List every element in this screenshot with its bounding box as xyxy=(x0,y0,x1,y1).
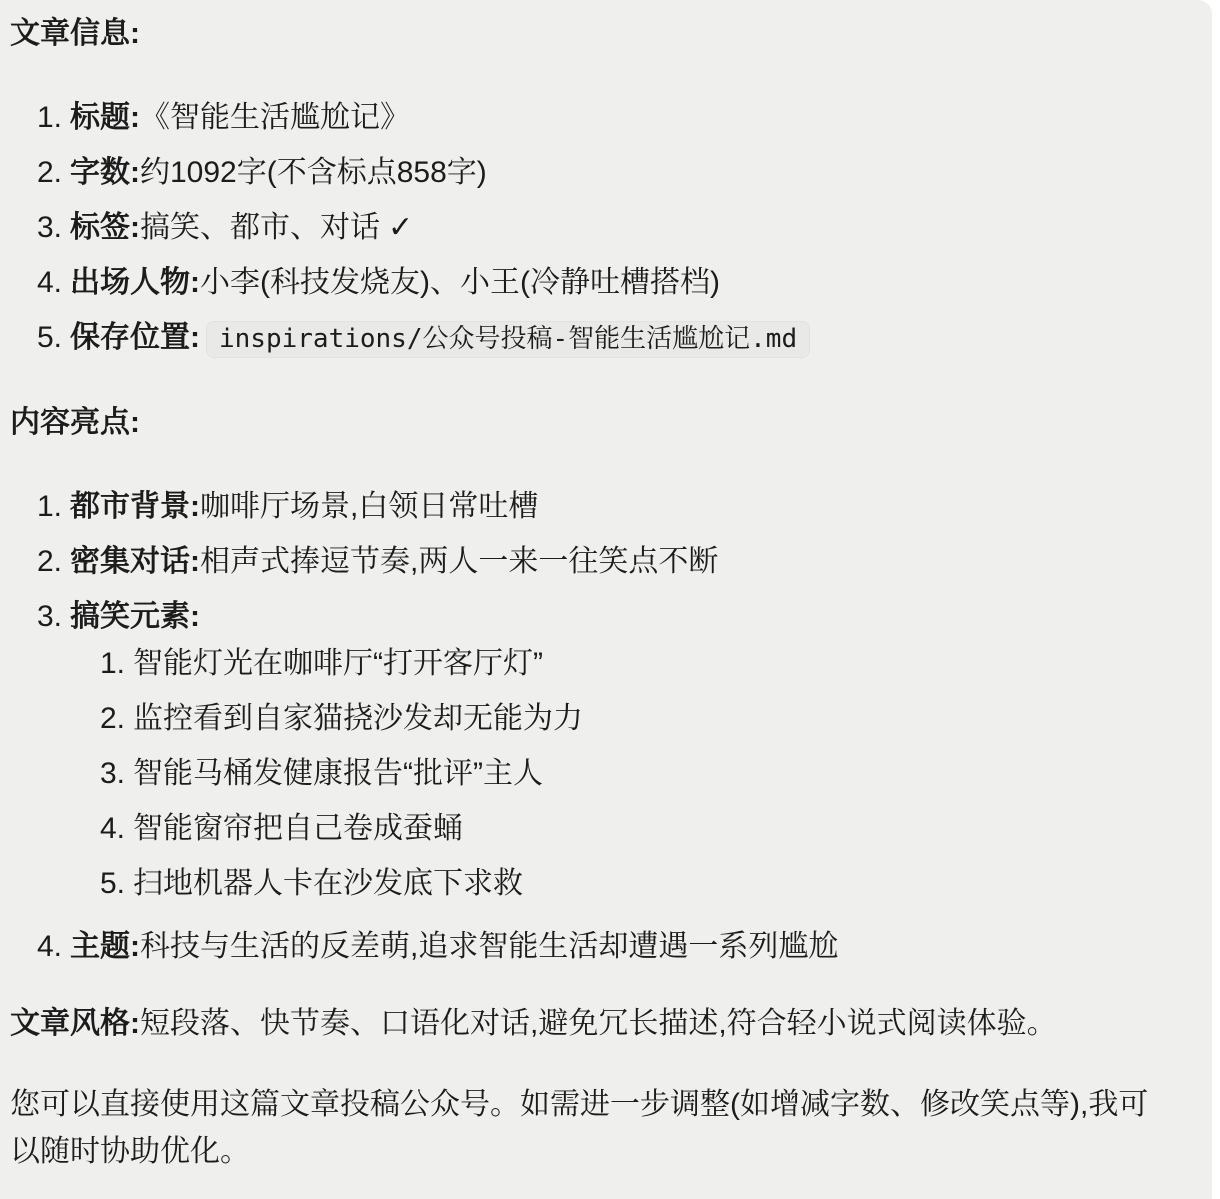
item-label: 标题: xyxy=(70,101,140,134)
list-item-body: 都市背景:咖啡厅场景,白领日常吐槽 xyxy=(70,483,1174,530)
item-label: 标签: xyxy=(70,211,140,244)
list-marker: 1. xyxy=(70,640,125,687)
item-text: 科技与生活的反差萌,追求智能生活却遭遇一系列尴尬 xyxy=(140,930,838,963)
list-marker: 2. xyxy=(10,149,62,196)
list-marker: 5. xyxy=(10,314,62,363)
list-item-body: 字数:约1092字(不含标点858字) xyxy=(70,149,1174,196)
list-marker: 3. xyxy=(10,204,62,251)
item-label: 搞笑元素: xyxy=(70,600,200,633)
list-item-tags: 3. 标签:搞笑、都市、对话✓ xyxy=(10,204,1174,251)
list-item-body: 标题:《智能生活尴尬记》 xyxy=(70,94,1174,141)
item-label: 出场人物: xyxy=(70,266,200,299)
item-text: 搞笑、都市、对话 xyxy=(140,211,380,244)
item-text: 智能灯光在咖啡厅“打开客厅灯” xyxy=(133,640,1174,687)
item-text: 相声式捧逗节奏,两人一来一往笑点不断 xyxy=(200,545,718,578)
item-text: 智能窗帘把自己卷成蚕蛹 xyxy=(133,805,1174,852)
list-item-body: 搞笑元素: 1. 智能灯光在咖啡厅“打开客厅灯” 2. 监控看到自家猫挠沙发却无… xyxy=(70,593,1174,915)
sublist-item: 3. 智能马桶发健康报告“批评”主人 xyxy=(70,750,1174,797)
checkmark-icon: ✓ xyxy=(388,211,413,244)
item-text: 智能马桶发健康报告“批评”主人 xyxy=(133,750,1174,797)
list-item-funny-elements: 3. 搞笑元素: 1. 智能灯光在咖啡厅“打开客厅灯” 2. 监控看到自家猫挠沙… xyxy=(10,593,1174,915)
file-path-inline-code: inspirations/公众号投稿-智能生活尴尬记.md xyxy=(206,321,810,358)
list-item-body: 出场人物:小李(科技发烧友)、小王(冷静吐槽搭档) xyxy=(70,259,1174,306)
highlights-heading: 内容亮点: xyxy=(10,371,1174,443)
list-item-theme: 4. 主题:科技与生活的反差萌,追求智能生活却遭遇一系列尴尬 xyxy=(10,923,1174,970)
list-item-body: 标签:搞笑、都市、对话✓ xyxy=(70,204,1174,251)
item-text: 咖啡厅场景,白领日常吐槽 xyxy=(200,490,538,523)
style-note-label: 文章风格: xyxy=(10,1007,140,1040)
list-marker: 1. xyxy=(10,483,62,530)
list-item-body: 密集对话:相声式捧逗节奏,两人一来一往笑点不断 xyxy=(70,538,1174,585)
highlights-list: 1. 都市背景:咖啡厅场景,白领日常吐槽 2. 密集对话:相声式捧逗节奏,两人一… xyxy=(10,443,1174,970)
list-item-body: 保存位置:inspirations/公众号投稿-智能生活尴尬记.md xyxy=(70,314,1174,363)
item-label: 字数: xyxy=(70,156,140,189)
item-text: 扫地机器人卡在沙发底下求救 xyxy=(133,860,1174,907)
list-item-title: 1. 标题:《智能生活尴尬记》 xyxy=(10,94,1174,141)
item-label: 都市背景: xyxy=(70,490,200,523)
item-text: 《智能生活尴尬记》 xyxy=(140,101,410,134)
list-marker: 2. xyxy=(70,695,125,742)
message-content: 文章信息: 1. 标题:《智能生活尴尬记》 2. 字数:约1092字(不含标点8… xyxy=(0,0,1174,1175)
list-marker: 4. xyxy=(10,923,62,970)
list-item-urban-setting: 1. 都市背景:咖啡厅场景,白领日常吐槽 xyxy=(10,483,1174,530)
list-marker: 5. xyxy=(70,860,125,907)
list-marker: 1. xyxy=(10,94,62,141)
sublist-item: 5. 扫地机器人卡在沙发底下求救 xyxy=(70,860,1174,907)
style-note: 文章风格:短段落、快节奏、口语化对话,避免冗长描述,符合轻小说式阅读体验。 xyxy=(10,978,1174,1047)
list-marker: 4. xyxy=(70,805,125,852)
item-text: 约1092字(不含标点858字) xyxy=(140,156,487,189)
list-item-dense-dialogue: 2. 密集对话:相声式捧逗节奏,两人一来一往笑点不断 xyxy=(10,538,1174,585)
list-marker: 3. xyxy=(10,593,62,915)
item-label: 保存位置: xyxy=(70,321,200,354)
closing-paragraph: 您可以直接使用这篇文章投稿公众号。如需进一步调整(如增减字数、修改笑点等),我可… xyxy=(10,1047,1174,1175)
list-marker: 3. xyxy=(70,750,125,797)
list-item-word-count: 2. 字数:约1092字(不含标点858字) xyxy=(10,149,1174,196)
article-info-list: 1. 标题:《智能生活尴尬记》 2. 字数:约1092字(不含标点858字) 3… xyxy=(10,54,1174,363)
item-text: 小李(科技发烧友)、小王(冷静吐槽搭档) xyxy=(200,266,720,299)
list-marker: 4. xyxy=(10,259,62,306)
list-item-body: 主题:科技与生活的反差萌,追求智能生活却遭遇一系列尴尬 xyxy=(70,923,1174,970)
list-item-characters: 4. 出场人物:小李(科技发烧友)、小王(冷静吐槽搭档) xyxy=(10,259,1174,306)
sublist-item: 1. 智能灯光在咖啡厅“打开客厅灯” xyxy=(70,640,1174,687)
item-label: 主题: xyxy=(70,930,140,963)
list-marker: 2. xyxy=(10,538,62,585)
sublist-item: 4. 智能窗帘把自己卷成蚕蛹 xyxy=(70,805,1174,852)
article-info-heading: 文章信息: xyxy=(10,14,1174,54)
style-note-text: 短段落、快节奏、口语化对话,避免冗长描述,符合轻小说式阅读体验。 xyxy=(140,1007,1057,1040)
list-item-save-path: 5. 保存位置:inspirations/公众号投稿-智能生活尴尬记.md xyxy=(10,314,1174,363)
sublist-item: 2. 监控看到自家猫挠沙发却无能为力 xyxy=(70,695,1174,742)
item-label: 密集对话: xyxy=(70,545,200,578)
item-text: 监控看到自家猫挠沙发却无能为力 xyxy=(133,695,1174,742)
funny-elements-sublist: 1. 智能灯光在咖啡厅“打开客厅灯” 2. 监控看到自家猫挠沙发却无能为力 3.… xyxy=(70,640,1174,907)
